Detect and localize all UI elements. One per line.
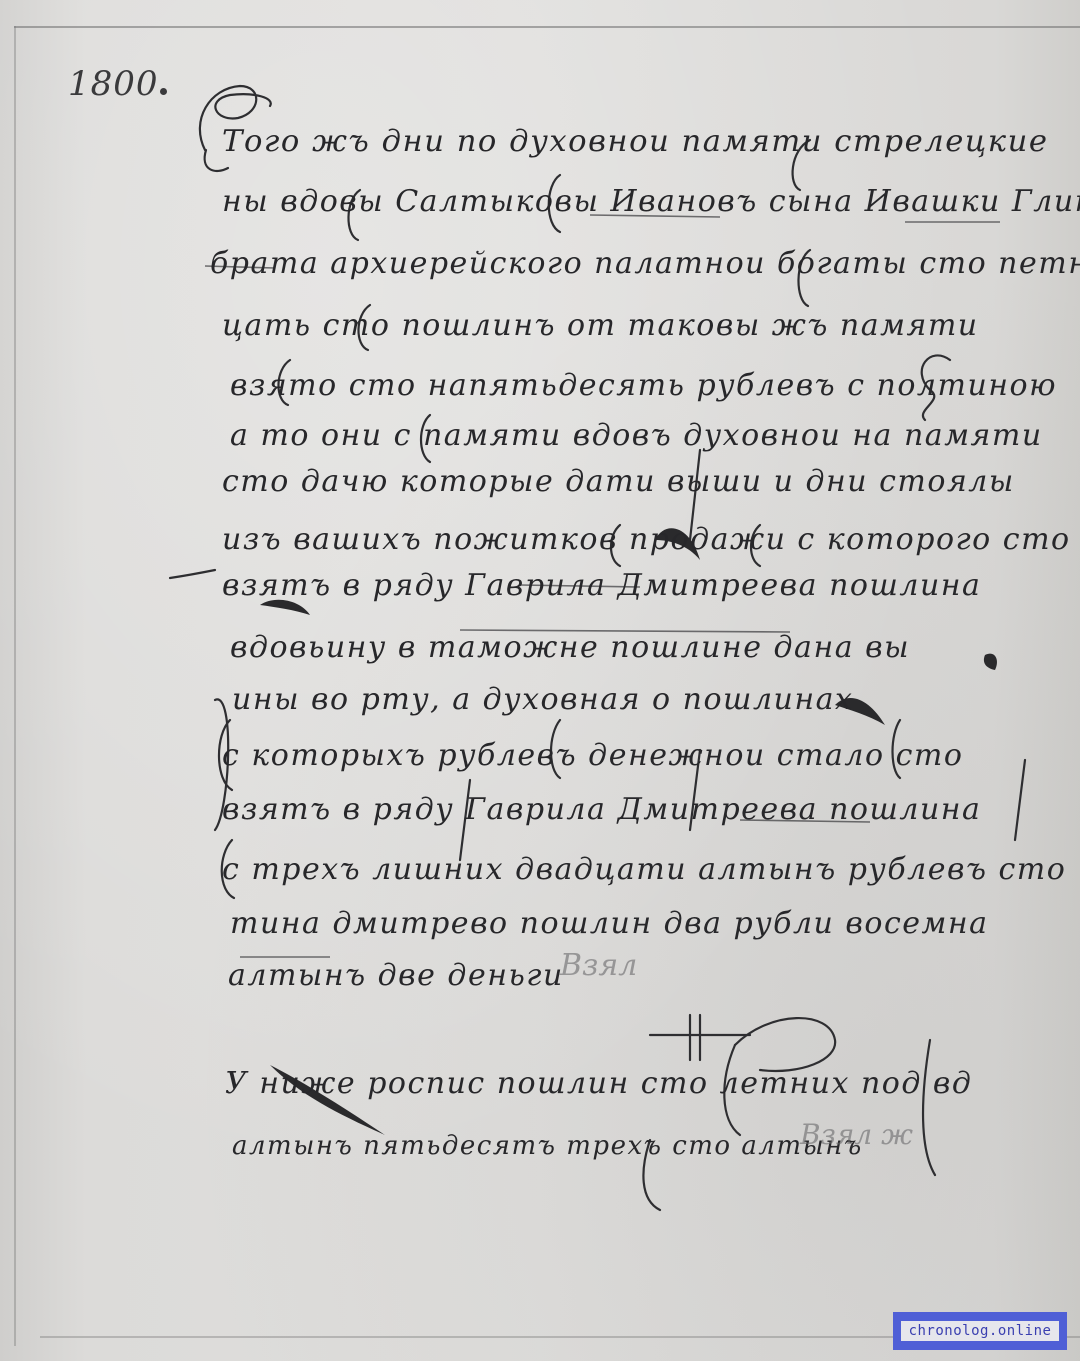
text-line-8: изъ вашихъ пожитков продажи с которого с… (222, 520, 1071, 560)
text-line-11: ины во рту, а духовная о пошлинах (232, 680, 853, 720)
inline-signature-note: Взял (560, 948, 637, 983)
text-line-10: вдовьину в таможне пошлине дана вы (230, 628, 910, 668)
text-line-1: Того жъ дни по духовнои памяти стрелецки… (222, 122, 1049, 162)
margin-note-bottom-right: Взял ж (800, 1118, 913, 1151)
text-line-9: взятъ в ряду Гаврила Дмитреева пошлина (222, 566, 981, 606)
text-line-5: взято сто напятьдесять рублевъ с полтино… (230, 366, 1057, 406)
text-line-15: тина дмитрево пошлин два рубли восемна (230, 904, 989, 944)
folio-number: 1800 (68, 64, 159, 104)
signature-line-1: У ниже роспис пошлин сто летних под вд (225, 1064, 972, 1104)
text-line-3: брата архиерейского палатнои богаты сто … (210, 244, 1080, 284)
text-line-6: а то они с памяти вдовъ духовнои на памя… (230, 416, 1043, 456)
text-line-4: цать сто пошлинъ от таковы жъ памяти (222, 306, 979, 346)
paper-edge-left (14, 26, 16, 1346)
text-line-7: сто дачю которые дати выши и дни стоялы (222, 462, 1015, 502)
text-line-14: с трехъ лишних двадцати алтынъ рублевъ с… (222, 850, 1066, 890)
signature-line-2: алтынъ пятьдесятъ трехъ сто алтынъ (232, 1126, 863, 1166)
text-line-13: взятъ в ряду Гаврила Дмитреева пошлина (222, 790, 981, 830)
text-line-12: с которыхъ рублевъ денежнои стало сто (222, 736, 963, 776)
text-line-16: алтынъ две деньги (228, 956, 564, 996)
watermark-text: chronolog.online (901, 1321, 1060, 1341)
folio-dot (160, 88, 167, 95)
watermark-badge: chronolog.online (893, 1312, 1067, 1350)
text-line-2: ны вдовы Салтыковы Ивановъ сына Ивашки Г… (222, 182, 1080, 222)
paper-edge-top (14, 26, 1080, 28)
manuscript-page: 1800 (0, 0, 1080, 1361)
